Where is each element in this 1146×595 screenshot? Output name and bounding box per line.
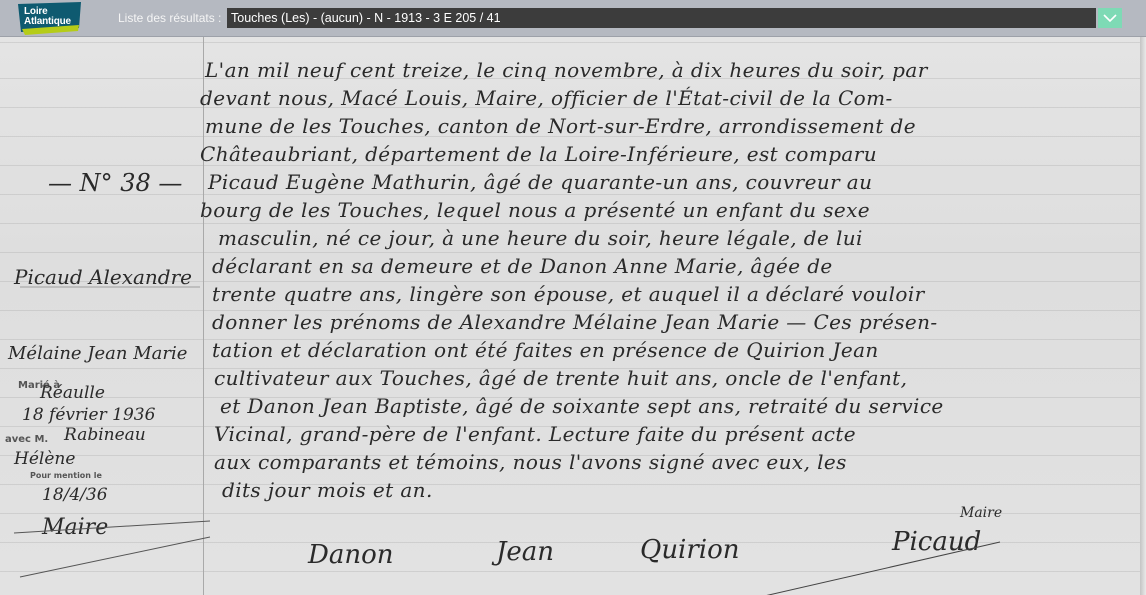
results-list-label: Liste des résultats :: [118, 11, 221, 25]
signature-quirion: Quirion: [640, 535, 740, 565]
page-margin-line: [203, 37, 204, 595]
marriage-date: 18 février 1936: [22, 405, 155, 425]
record-line-16: dits jour mois et an.: [222, 478, 433, 502]
record-line-13: et Danon Jean Baptiste, âgé de soixante …: [220, 394, 944, 418]
record-line-7: masculin, né ce jour, à une heure du soi…: [218, 226, 863, 250]
signature-picaud: Picaud: [892, 527, 981, 557]
spouse-given-name: Hélène: [14, 449, 75, 469]
record-line-8: déclarant en sa demeure et de Danon Anne…: [212, 254, 833, 278]
record-line-11: tation et déclaration ont été faites en …: [212, 338, 879, 362]
logo-text: Loire Atlantique: [24, 7, 71, 27]
record-line-6: bourg de les Touches, lequel nous a prés…: [200, 198, 870, 222]
mayor-initials: Maire: [42, 515, 108, 540]
record-line-3: mune de les Touches, canton de Nort-sur-…: [205, 114, 916, 138]
document-image-viewer[interactable]: — N° 38 — Picaud Alexandre Mélaine Jean …: [0, 37, 1146, 595]
mention-date: 18/4/36: [42, 485, 108, 505]
record-line-1: L'an mil neuf cent treize, le cinq novem…: [205, 58, 928, 82]
mayor-note: Maire: [960, 505, 1002, 521]
record-line-15: aux comparants et témoins, nous l'avons …: [214, 450, 847, 474]
spouse-surname: Rabineau: [64, 425, 146, 445]
marriage-place: Réaulle: [40, 383, 105, 403]
stamp-with: avec M.: [5, 434, 48, 445]
stamp-for-mention: Pour mention le: [30, 471, 102, 480]
chevron-down-icon: [1103, 13, 1117, 23]
page-right-edge: [1140, 37, 1146, 595]
logo-line2: Atlantique: [24, 17, 71, 27]
loire-atlantique-logo[interactable]: Loire Atlantique: [15, 2, 83, 36]
record-line-5: Picaud Eugène Mathurin, âgé de quarante-…: [208, 170, 872, 194]
top-bar: Loire Atlantique Liste des résultats : T…: [0, 0, 1146, 37]
signature-jean: Jean: [496, 537, 554, 567]
results-select[interactable]: Touches (Les) - (aucun) - N - 1913 - 3 E…: [227, 8, 1096, 28]
margin-surname: Picaud Alexandre: [14, 265, 192, 289]
signature-danon: Danon: [308, 540, 394, 570]
act-number: — N° 38 —: [48, 169, 182, 197]
record-line-10: donner les prénoms de Alexandre Mélaine …: [212, 310, 938, 334]
record-line-9: trente quatre ans, lingère son épouse, e…: [212, 282, 925, 306]
record-line-4: Châteaubriant, département de la Loire-I…: [200, 142, 877, 166]
record-line-12: cultivateur aux Touches, âgé de trente h…: [214, 366, 907, 390]
results-select-toggle-button[interactable]: [1098, 8, 1122, 28]
record-line-14: Vicinal, grand-père de l'enfant. Lecture…: [214, 422, 856, 446]
margin-given-names: Mélaine Jean Marie: [8, 343, 187, 364]
record-line-2: devant nous, Macé Louis, Maire, officier…: [200, 86, 893, 110]
